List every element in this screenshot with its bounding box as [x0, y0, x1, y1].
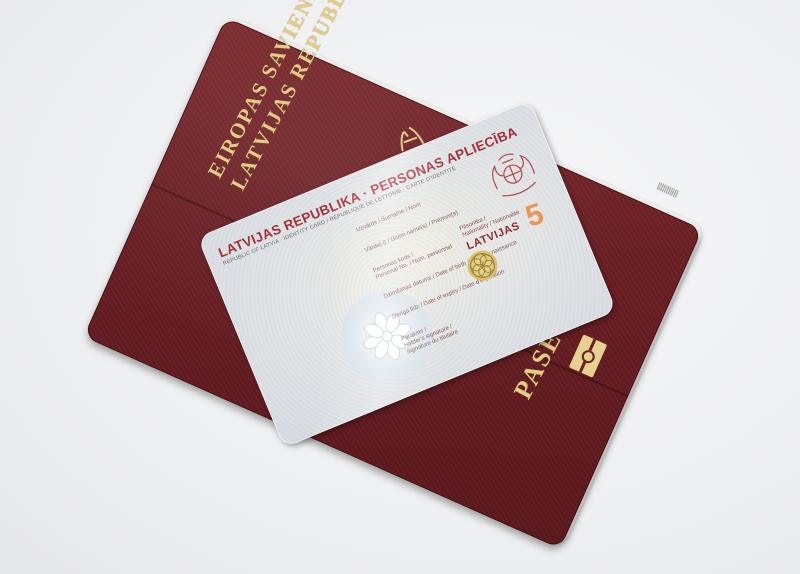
passport-page-barcode — [656, 182, 679, 198]
